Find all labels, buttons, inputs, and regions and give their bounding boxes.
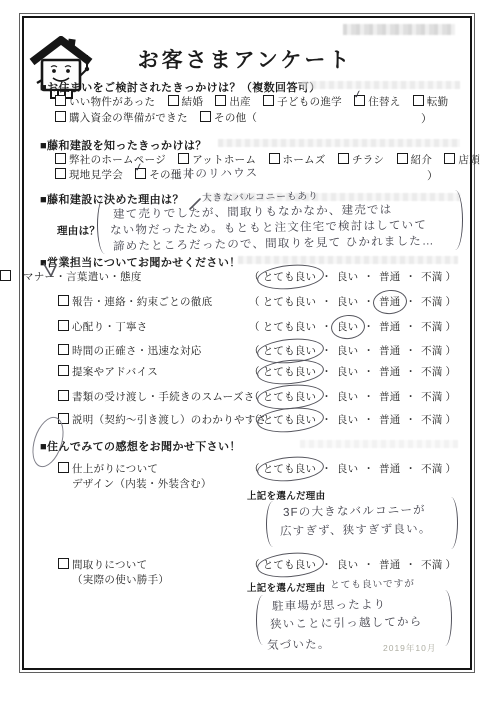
rating-separator: ・ xyxy=(405,321,416,333)
rating-label: 説明（契約～引き渡し）のわかりやすさ xyxy=(72,414,266,426)
checkbox-item: 弊社のホームページ xyxy=(55,154,166,166)
rating-close-paren: ） xyxy=(446,391,457,403)
handwritten-insert-line: 大きなバルコニーもあり xyxy=(202,188,319,204)
rating-option: 良い xyxy=(336,364,359,379)
rating-option: とても良い xyxy=(262,461,318,476)
rating-close-paren: ） xyxy=(446,321,457,333)
checkbox-label: 住替え xyxy=(368,96,400,108)
rating-option: 良い xyxy=(336,319,359,334)
rating-separator: ・ xyxy=(405,271,416,283)
checkbox-icon xyxy=(55,168,66,179)
checkbox-item: チラシ xyxy=(338,154,384,166)
rating-label: 間取りについて xyxy=(72,559,147,571)
rating-separator: ・ xyxy=(405,463,416,475)
rating-option: 不満 xyxy=(420,461,443,476)
checkbox-icon xyxy=(215,95,226,106)
handwritten-paren-left xyxy=(266,501,280,547)
rating-option: 良い xyxy=(336,461,359,476)
checkbox-item: いい物件があった xyxy=(55,96,155,108)
checkbox-label: 紹介 xyxy=(411,154,433,166)
rating-option: とても良い xyxy=(262,412,318,427)
checkbox-item: 転勤 xyxy=(413,96,449,108)
date-note: 2019年10月 xyxy=(383,642,436,654)
rating-row: 説明（契約～引き渡し）のわかりやすさ （とても良い・良い・普通・不満） xyxy=(0,412,497,427)
section-heading-living-impressions: ■住んでみての感想をお聞かせ下さい！ xyxy=(40,438,241,454)
faint-stamp-smudge xyxy=(343,24,455,35)
rating-separator: ・ xyxy=(405,366,416,378)
rating-option: とても良い xyxy=(262,319,318,334)
handwritten-reason-line: 駐車場が思ったより xyxy=(272,596,387,614)
checkbox-icon xyxy=(269,153,280,164)
rating-option: 普通 xyxy=(378,461,401,476)
rating-separator: ・ xyxy=(363,391,374,403)
checkbox-item: 購入資金の準備ができた xyxy=(55,112,188,124)
checkbox-row: いい物件があった 結婚 出産 子どもの進学 住替え 転勤 xyxy=(55,94,457,109)
checkbox-icon xyxy=(168,95,179,106)
checkbox-item: 結婚 xyxy=(168,96,204,108)
rating-separator: ・ xyxy=(363,414,374,426)
rating-open-paren: （ xyxy=(249,321,260,333)
checkbox-label: 転勤 xyxy=(427,96,449,108)
rating-option: とても良い xyxy=(262,557,318,572)
handwritten-reason-line: 広すぎず、狭すぎず良い。 xyxy=(280,520,432,539)
scan-smudge xyxy=(218,139,460,147)
rating-option: とても良い xyxy=(262,269,318,284)
checkbox-icon xyxy=(55,111,66,122)
rating-option: 不満 xyxy=(420,364,443,379)
checkbox-label: 店頭 xyxy=(458,154,480,166)
rating-label: 提案やアドバイス xyxy=(72,366,158,378)
rating-scale: （とても良い・良い・普通・不満） xyxy=(247,461,458,476)
handwritten-reason-line: 狭いことに引っ越してから xyxy=(270,613,423,632)
checkbox-icon xyxy=(58,295,69,306)
checkbox-icon xyxy=(397,153,408,164)
rating-option: 普通 xyxy=(378,319,401,334)
rating-label: 書類の受け渡し・手続きのスムーズさ xyxy=(72,391,255,403)
rating-label: 報告・連絡・約束ごとの徹底 xyxy=(72,296,212,308)
checkbox-item: ホームズ xyxy=(269,154,326,166)
checkbox-label: 購入資金の準備ができた xyxy=(69,112,188,124)
scan-smudge xyxy=(300,440,458,448)
checkbox-icon xyxy=(338,153,349,164)
checkbox-icon xyxy=(135,168,146,179)
rating-sublabel: （実際の使い勝手） xyxy=(72,572,169,587)
scanned-survey-page: お客さまアンケート ■お住まいをご検討されたきっかけは？（複数回答可） いい物件… xyxy=(0,0,497,701)
rating-label: 仕上がりについて xyxy=(72,463,158,475)
checkbox-item: 紹介 xyxy=(397,154,433,166)
checkbox-icon xyxy=(263,95,274,106)
checkbox-label: チラシ xyxy=(352,154,384,166)
rating-option: 普通 xyxy=(378,343,401,358)
rating-option: 良い xyxy=(336,269,359,284)
checkbox-item: 現地見学会 xyxy=(55,169,123,181)
rating-separator: ・ xyxy=(405,391,416,403)
checkbox-label: 出産 xyxy=(229,96,251,108)
rating-option: 良い xyxy=(336,389,359,404)
rating-option: 良い xyxy=(336,294,359,309)
rating-row: 報告・連絡・約束ごとの徹底 （とても良い・良い・普通・不満） xyxy=(0,294,497,309)
rating-row: 仕上がりについて （とても良い・良い・普通・不満） xyxy=(0,461,497,476)
section-heading-housing-trigger: ■お住まいをご検討されたきっかけは？（複数回答可） xyxy=(40,79,321,95)
checkbox-icon xyxy=(58,365,69,376)
rating-option: 不満 xyxy=(420,294,443,309)
handwritten-reason-note: とても良いですが xyxy=(330,576,415,591)
rating-option: とても良い xyxy=(262,389,318,404)
checkbox-label: ホームズ xyxy=(283,154,326,166)
rating-separator: ・ xyxy=(363,559,374,571)
rating-scale: （とても良い・良い・普通・不満） xyxy=(247,294,458,309)
close-paren: ） xyxy=(421,110,432,126)
checkbox-icon xyxy=(55,153,66,164)
rating-row: 提案やアドバイス （とても良い・良い・普通・不満） xyxy=(0,364,497,379)
checkbox-item: 出産 xyxy=(215,96,251,108)
checkbox-icon xyxy=(0,270,11,281)
rating-close-paren: ） xyxy=(446,296,457,308)
rating-scale: （とても良い・良い・普通・不満） xyxy=(247,364,458,379)
rating-option: 普通 xyxy=(378,364,401,379)
checkbox-icon xyxy=(413,95,424,106)
rating-separator: ・ xyxy=(321,296,332,308)
checkbox-icon xyxy=(58,462,69,473)
rating-close-paren: ） xyxy=(446,366,457,378)
checkbox-icon xyxy=(58,390,69,401)
rating-close-paren: ） xyxy=(446,345,457,357)
rating-option: 不満 xyxy=(420,319,443,334)
rating-option: 不満 xyxy=(420,389,443,404)
rating-row: 間取りについて （とても良い・良い・普通・不満） xyxy=(0,557,497,572)
scan-smudge xyxy=(302,81,460,89)
checkbox-label: 弊社のホームページ xyxy=(69,154,166,166)
rating-scale: （とても良い・良い・普通・不満） xyxy=(247,269,458,284)
rating-scale: （とても良い・良い・普通・不満） xyxy=(247,412,458,427)
rating-row: 書類の受け渡し・手続きのスムーズさ （とても良い・良い・普通・不満） xyxy=(0,389,497,404)
rating-option: 普通 xyxy=(378,412,401,427)
checkbox-label: いい物件があった xyxy=(69,96,155,108)
checkbox-icon xyxy=(444,153,455,164)
checkbox-item: 住替え xyxy=(354,96,400,108)
rating-separator: ・ xyxy=(363,463,374,475)
rating-row: 時間の正確さ・迅速な対応 （とても良い・良い・普通・不満） xyxy=(0,343,497,358)
rating-option: 普通 xyxy=(378,294,401,309)
rating-separator: ・ xyxy=(405,414,416,426)
section-heading-sales-staff: ■営業担当についてお聞かせください！ xyxy=(40,254,241,270)
rating-option: 普通 xyxy=(378,269,401,284)
handwritten-reason-line: 3Fの大きなバルコニーが xyxy=(283,502,426,520)
handwritten-paren-right xyxy=(444,497,458,549)
checkbox-row: 弊社のホームページ アットホーム ホームズ チラシ 紹介 店頭 xyxy=(55,152,489,167)
rating-label: 心配り・丁寧さ xyxy=(72,321,148,333)
rating-sublabel: デザイン（内装・外装含む） xyxy=(72,476,212,491)
checkbox-icon xyxy=(178,153,189,164)
rating-separator: ・ xyxy=(363,366,374,378)
rating-option: 不満 xyxy=(420,269,443,284)
page-title: お客さまアンケート xyxy=(22,44,468,74)
rating-option: 良い xyxy=(336,557,359,572)
checkbox-icon xyxy=(58,344,69,355)
rating-scale: （とても良い・良い・普通・不満） xyxy=(247,343,458,358)
checkbox-icon xyxy=(55,95,66,106)
rating-option: とても良い xyxy=(262,364,318,379)
rating-close-paren: ） xyxy=(446,414,457,426)
rating-close-paren: ） xyxy=(446,559,457,571)
rating-separator: ・ xyxy=(363,271,374,283)
rating-option: 普通 xyxy=(378,389,401,404)
checkbox-icon xyxy=(354,95,365,106)
handwritten-other-source: 三井のリハウス xyxy=(170,164,258,182)
checkbox-item: 子どもの進学 xyxy=(263,96,342,108)
rating-label: マナー・言葉遣い・態度 xyxy=(23,271,142,283)
rating-option: とても良い xyxy=(262,294,318,309)
handwritten-reason-tail: 気づいた。 xyxy=(267,636,331,653)
rating-close-paren: ） xyxy=(446,271,457,283)
rating-option: とても良い xyxy=(262,343,318,358)
rating-open-paren: （ xyxy=(249,296,260,308)
rating-row: 心配り・丁寧さ （とても良い・良い・普通・不満） xyxy=(0,319,497,334)
rating-close-paren: ） xyxy=(446,463,457,475)
rating-option: 不満 xyxy=(420,557,443,572)
rating-option: 普通 xyxy=(378,557,401,572)
section-heading-how-learned: ■藤和建設を知ったきっかけは？ xyxy=(40,137,207,153)
checkbox-label: 結婚 xyxy=(182,96,204,108)
reason-prompt: 理由は？ xyxy=(57,223,100,238)
reason-label: 上記を選んだ理由 xyxy=(247,488,325,502)
rating-option: 良い xyxy=(336,412,359,427)
checkbox-label: 現地見学会 xyxy=(69,169,123,181)
rating-option: 良い xyxy=(336,343,359,358)
rating-separator: ・ xyxy=(405,345,416,357)
checkbox-icon xyxy=(58,558,69,569)
checkbox-icon xyxy=(58,320,69,331)
rating-label: 時間の正確さ・迅速な対応 xyxy=(72,345,202,357)
rating-separator: ・ xyxy=(405,559,416,571)
rating-option: 不満 xyxy=(420,343,443,358)
handwritten-paren-right xyxy=(447,190,463,250)
checkbox-item: 店頭 xyxy=(444,154,480,166)
reason-label: 上記を選んだ理由 xyxy=(247,580,325,594)
checkbox-icon xyxy=(200,111,211,122)
checkbox-label: 子どもの進学 xyxy=(277,96,342,108)
rating-scale: （とても良い・良い・普通・不満） xyxy=(247,389,458,404)
checkbox-label: その他（ xyxy=(214,112,257,124)
rating-scale: （とても良い・良い・普通・不満） xyxy=(247,319,458,334)
rating-option: 不満 xyxy=(420,412,443,427)
rating-scale: （とても良い・良い・普通・不満） xyxy=(247,557,458,572)
rating-row: マナー・言葉遣い・態度 （とても良い・良い・普通・不満） xyxy=(0,269,497,284)
checkbox-item: その他（ xyxy=(200,112,257,124)
scan-smudge xyxy=(238,256,458,264)
checkbox-row: 購入資金の準備ができた その他（ xyxy=(55,110,266,125)
handwritten-paren-right xyxy=(438,590,452,646)
close-paren: ） xyxy=(427,167,438,183)
rating-separator: ・ xyxy=(363,345,374,357)
